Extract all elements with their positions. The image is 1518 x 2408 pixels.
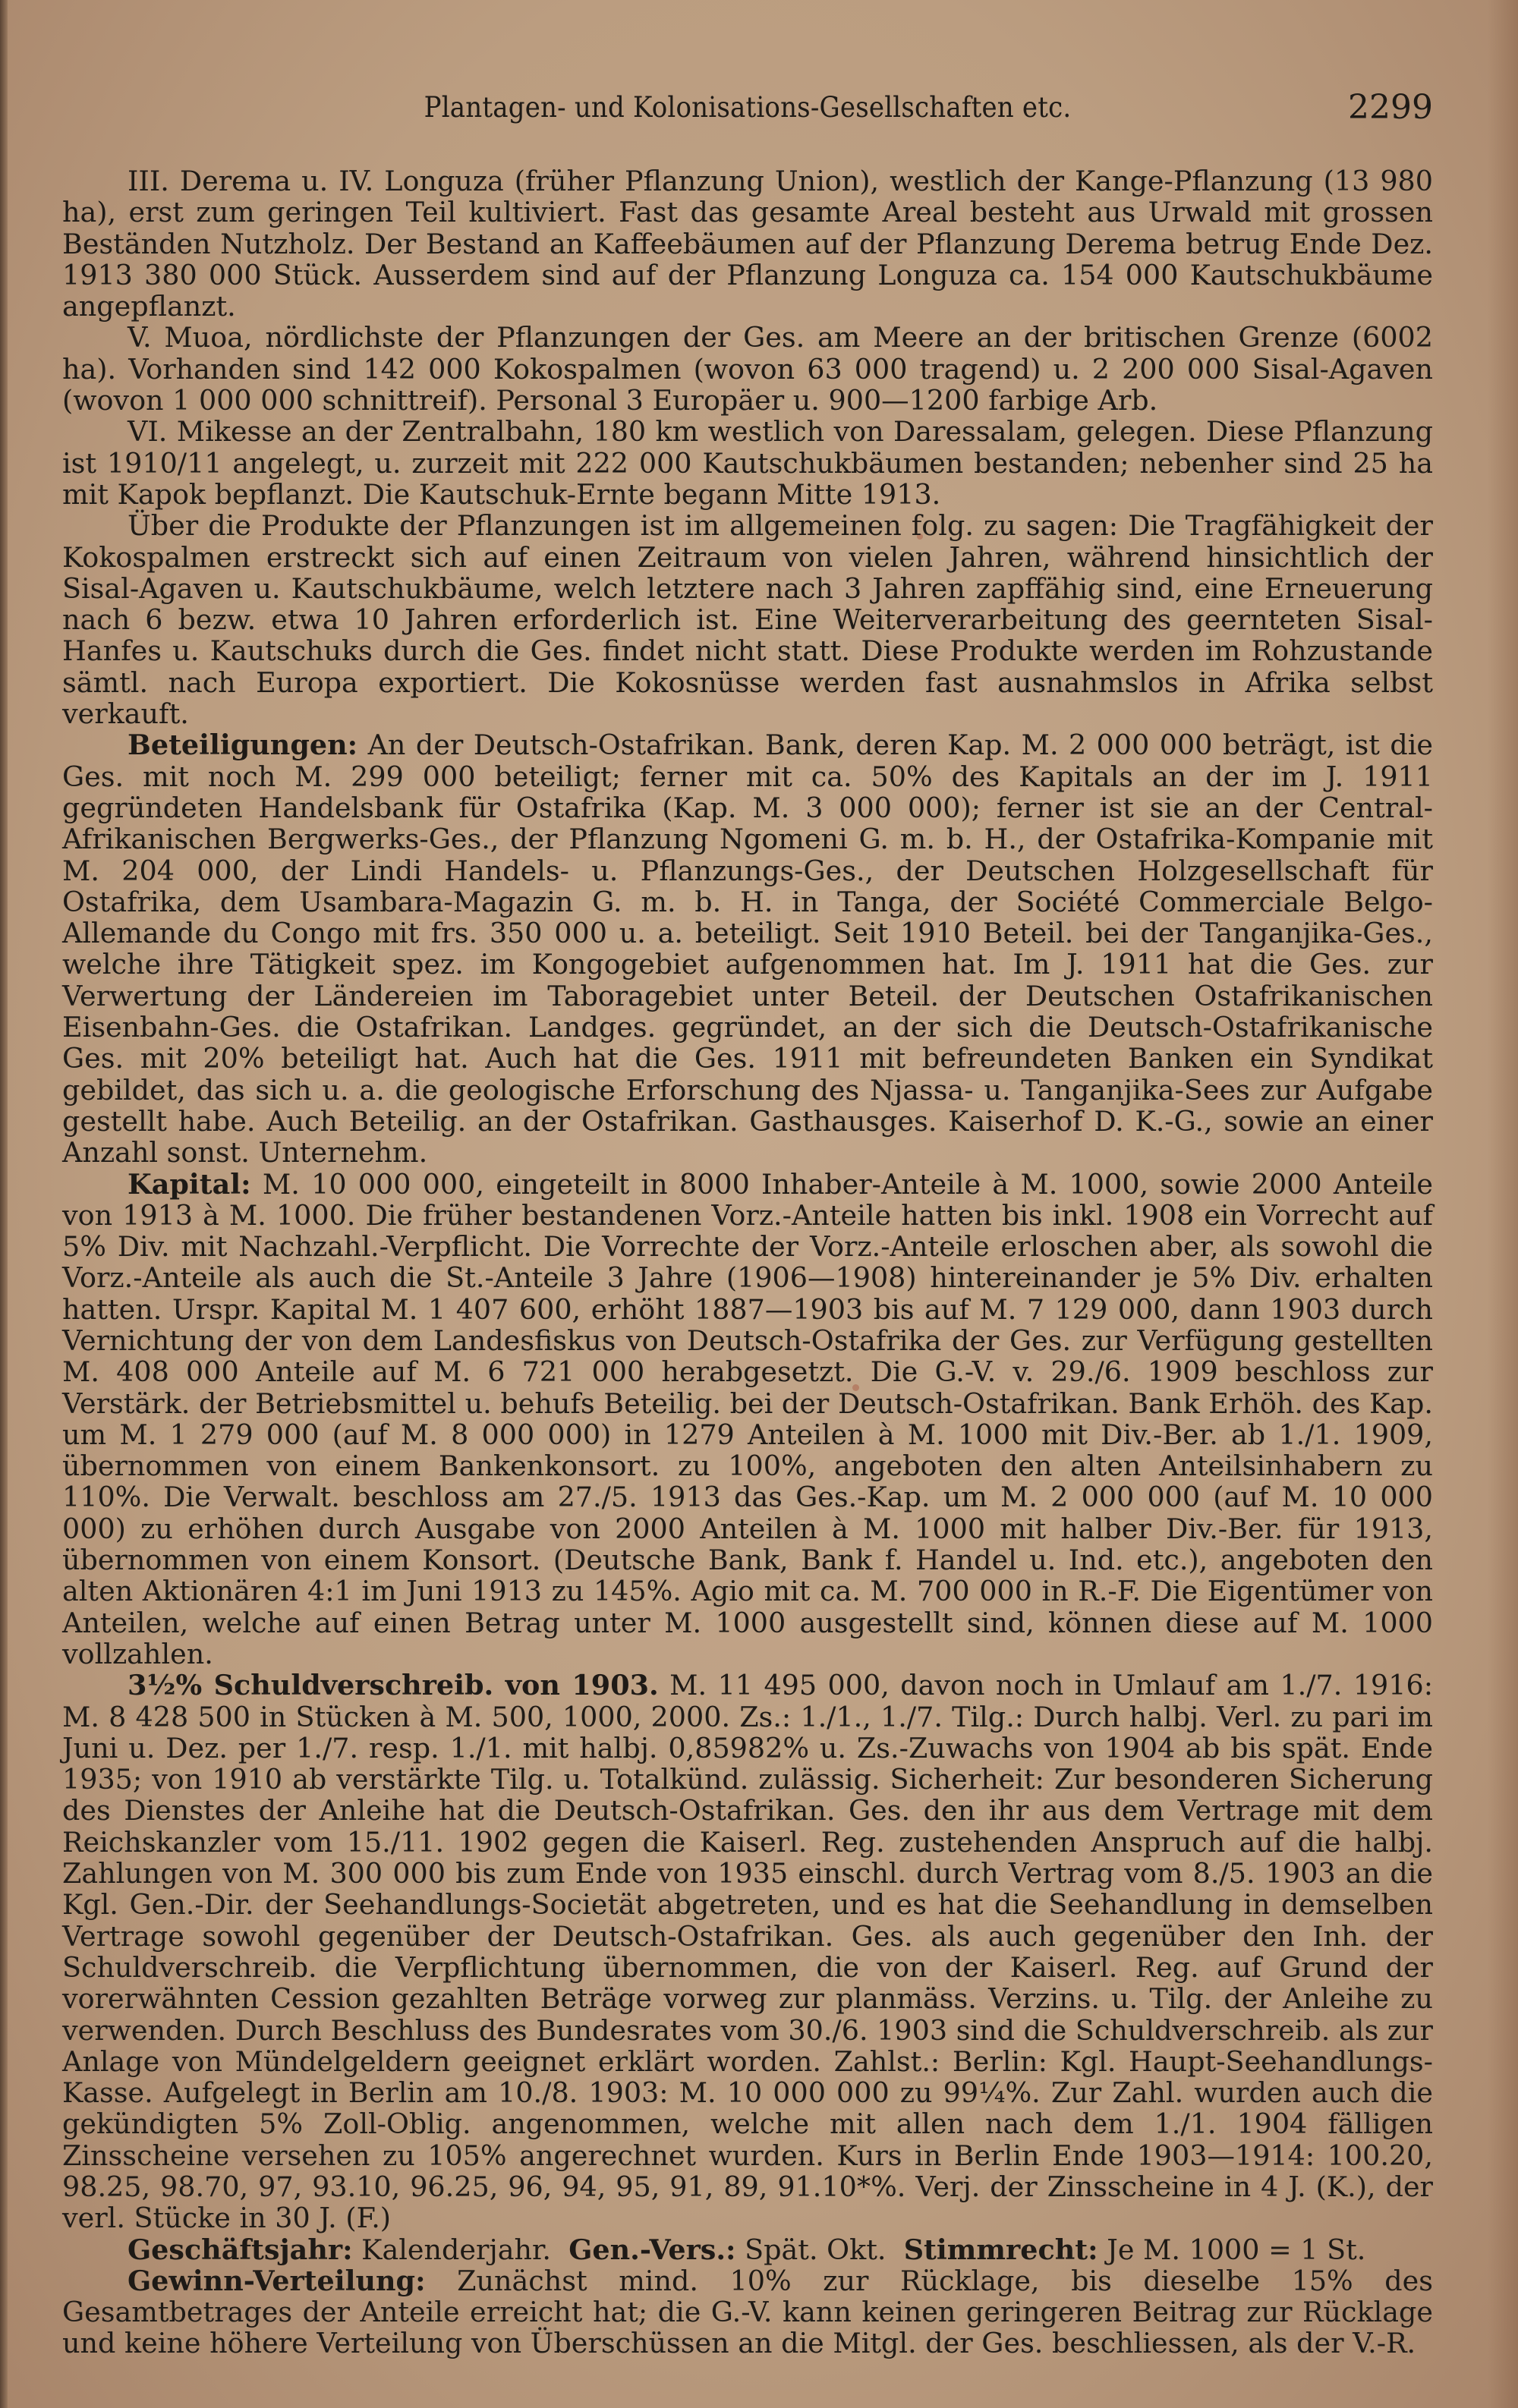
paragraph-text: VI. Mikesse an der Zentralbahn, 180 km w… xyxy=(62,415,1433,511)
paragraph-text: M. 10 000 000, eingeteilt in 8000 Inhabe… xyxy=(62,1168,1433,1670)
paragraph-text: Je M. 1000 = 1 St. xyxy=(1107,2233,1365,2266)
paragraph-text: Spät. Okt. xyxy=(745,2233,886,2266)
paragraph-text: An der Deutsch-Ostafrikan. Bank, deren K… xyxy=(62,729,1433,1169)
paragraph-muoa: V. Muoa, nördlichste der Pflanzungen der… xyxy=(62,322,1433,416)
paragraph-gewinn-verteilung: Gewinn-Verteilung: Zunächst mind. 10% zu… xyxy=(62,2265,1433,2359)
paragraph-produkte: Über die Produkte der Pflanzungen ist im… xyxy=(62,510,1433,729)
section-heading: Kapital: xyxy=(128,1168,251,1201)
paragraph-text: M. 11 495 000, davon noch in Umlauf am 1… xyxy=(62,1669,1433,2234)
paragraph-derema-longuza: III. Derema u. IV. Longuza (früher Pflan… xyxy=(62,165,1433,322)
section-heading: 3½% Schuldverschreib. von 1903. xyxy=(128,1669,659,1701)
paragraph-mikesse: VI. Mikesse an der Zentralbahn, 180 km w… xyxy=(62,416,1433,510)
page-body: III. Derema u. IV. Longuza (früher Pflan… xyxy=(62,165,1433,2359)
paragraph-text: Kalenderjahr. xyxy=(361,2233,551,2266)
paragraph-geschaeftsjahr: Geschäftsjahr: Kalenderjahr. Gen.-Vers.:… xyxy=(62,2234,1433,2265)
paragraph-beteiligungen: Beteiligungen: An der Deutsch-Ostafrikan… xyxy=(62,729,1433,1168)
section-heading: Beteiligungen: xyxy=(128,729,357,761)
running-title: Plantagen- und Kolonisations-Gesellschaf… xyxy=(117,91,1378,124)
section-heading: Geschäftsjahr: xyxy=(128,2233,353,2266)
section-heading: Gen.-Vers.: xyxy=(568,2233,735,2266)
section-heading: Gewinn-Verteilung: xyxy=(128,2265,426,2297)
paragraph-text: III. Derema u. IV. Longuza (früher Pflan… xyxy=(62,165,1433,323)
page-header: Plantagen- und Kolonisations-Gesellschaf… xyxy=(62,91,1433,137)
paragraph-text: Über die Produkte der Pflanzungen ist im… xyxy=(62,509,1433,730)
paragraph-text: V. Muoa, nördlichste der Pflanzungen der… xyxy=(62,321,1433,417)
page-number: 2299 xyxy=(1348,88,1433,127)
section-heading: Stimmrecht: xyxy=(904,2233,1098,2266)
page-shadow-edge xyxy=(1488,0,1518,2408)
paragraph-schuldverschreib: 3½% Schuldverschreib. von 1903. M. 11 49… xyxy=(62,1670,1433,2233)
paragraph-kapital: Kapital: M. 10 000 000, eingeteilt in 80… xyxy=(62,1169,1433,1670)
page-binding-edge xyxy=(0,0,8,2408)
